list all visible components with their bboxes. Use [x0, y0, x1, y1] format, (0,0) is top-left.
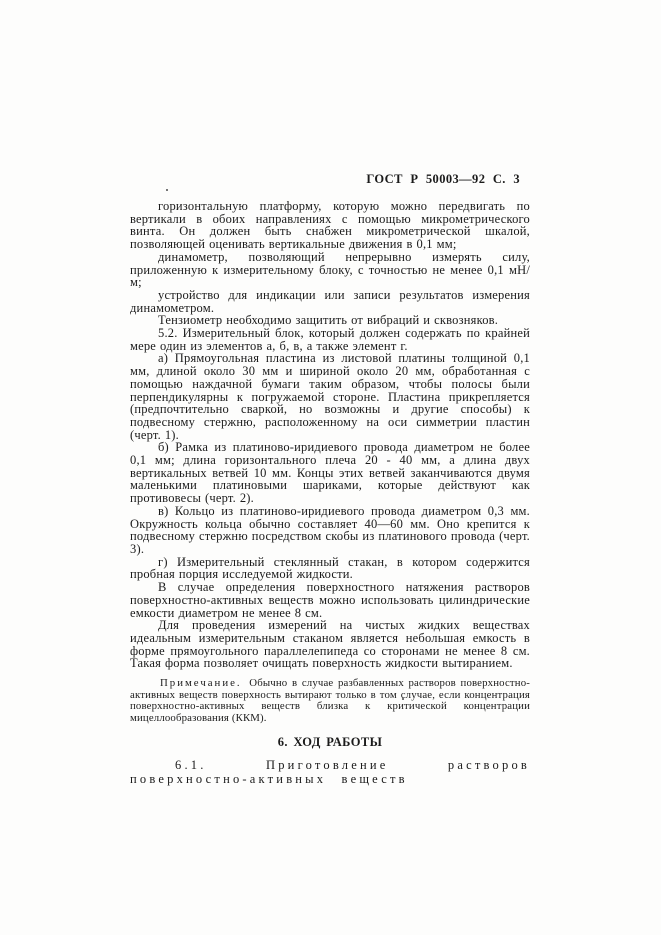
paragraph-surfactant-vessels: В случае определения поверхностного натя… [130, 581, 530, 619]
scanned-document-page: ГОСТ Р 50003—92 С. 3 горизонтальную плат… [0, 0, 661, 935]
paragraph-v-ring: в) Кольцо из платиново-иридиевого провод… [130, 505, 530, 556]
paragraph-platform: горизонтальную платформу, которую можно … [130, 200, 530, 251]
paragraph-5-2-measuring-block: 5.2. Измерительный блок, который должен … [130, 327, 530, 352]
paragraph-indicator-device: устройство для индикации или записи резу… [130, 289, 530, 314]
paragraph-b-frame: б) Рамка из платиново-иридиевого провода… [130, 441, 530, 505]
note-paragraph: Примечание. Обычно в случае разбавленных… [130, 678, 530, 725]
page-header: ГОСТ Р 50003—92 С. 3 [130, 172, 530, 186]
paragraph-ideal-vessel: Для проведения измерений на чистых жидки… [130, 619, 530, 670]
paragraph-g-glass: г) Измерительный стеклянный стакан, в ко… [130, 556, 530, 581]
paragraph-a-plate: а) Прямоугольная пластина из листовой пл… [130, 352, 530, 441]
text-block: ГОСТ Р 50003—92 С. 3 горизонтальную плат… [130, 172, 530, 787]
subsection-heading: 6.1. Приготовление растворов поверхностн… [130, 758, 530, 787]
paragraph-dynamometer: динамометр, позволяющий непрерывно измер… [130, 251, 530, 289]
section-heading: 6. ХОД РАБОТЫ [130, 736, 530, 749]
note-label: Примечание. [160, 677, 242, 689]
